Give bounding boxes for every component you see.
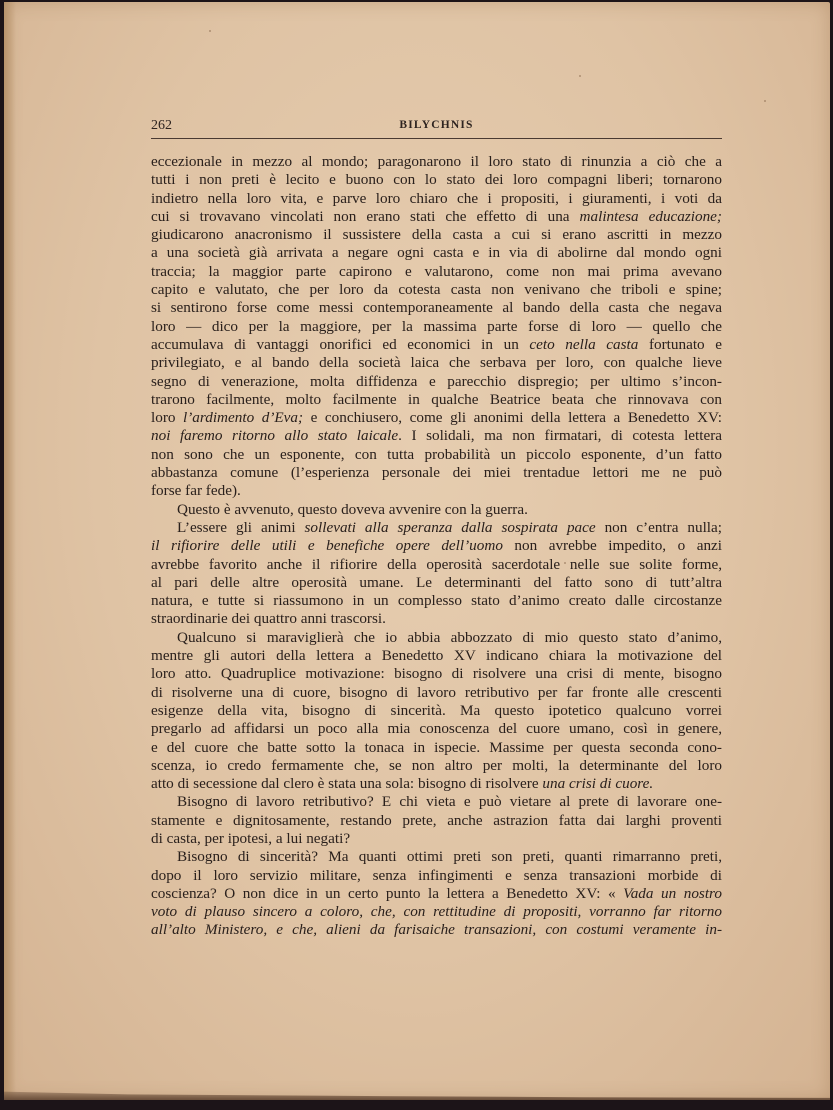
text-line: L’essere gli animi sollevati alla speran… (151, 519, 722, 537)
text-segment: dopo il loro servizio militare, senza in… (151, 867, 722, 884)
text-line: di casta, per ipotesi, a lui negati? (151, 830, 722, 848)
text-line: straordinarie dei quattro anni trascorsi… (151, 610, 722, 628)
text-segment: segno di venerazione, molta diffidenza e… (151, 373, 722, 390)
text-line: mentre gli autori della lettera a Benede… (151, 647, 722, 665)
text-segment: abbastanza comune (l’esperienza personal… (151, 464, 722, 481)
text-segment: si sentirono forse come messi contempora… (151, 299, 722, 316)
paper-speck (579, 75, 581, 77)
text-line: eccezionale in mezzo al mondo; paragonar… (151, 153, 722, 171)
text-segment: mentre gli autori della lettera a Benede… (151, 647, 722, 664)
text-segment: non avrebbe impedito, o anzi (503, 537, 722, 554)
text-segment: Questo è avvenuto, questo doveva avvenir… (177, 501, 528, 518)
text-line: privilegiato, e al bando della società l… (151, 354, 722, 372)
text-segment: giudicarono anacronismo il sussistere de… (151, 226, 722, 243)
text-segment: atto di secessione dal clero è stata una… (151, 775, 542, 792)
text-segment: pregarlo ad affidarsi un poco alla mia c… (151, 720, 722, 737)
text-segment: forse far fede). (151, 482, 241, 499)
text-line: tutti i non preti è lecito e buono con l… (151, 171, 722, 189)
text-line: non sono che un esponente, con tutta pro… (151, 446, 722, 464)
text-line: il rifiorire delle utili e benefiche ope… (151, 537, 722, 555)
text-segment: stamente e dignitosamente, restando pret… (151, 812, 722, 829)
italic-text: ceto nella casta (529, 336, 638, 353)
text-line: forse far fede). (151, 482, 722, 500)
text-line: natura, e tutte si riassumono in un comp… (151, 592, 722, 610)
text-segment: L’essere gli animi (177, 519, 305, 536)
text-line: capito e valutato, che per loro da cotes… (151, 281, 722, 299)
text-segment: loro — dico per la maggiore, per la mass… (151, 318, 722, 335)
text-line: voto di plauso sincero a coloro, che, co… (151, 903, 722, 921)
text-line: loro l’ardimento d’Eva; e conchiusero, c… (151, 409, 722, 427)
text-line: trarono facilmente, molto facilmente in … (151, 391, 722, 409)
italic-text: voto di plauso sincero a coloro, che, co… (151, 903, 722, 920)
text-segment: cui si trovavano vincolati non erano sta… (151, 208, 580, 225)
text-line: segno di venerazione, molta diffidenza e… (151, 373, 722, 391)
italic-text: una crisi di cuore. (542, 775, 653, 792)
text-segment: scenza, io credo fermamente che, se non … (151, 757, 722, 774)
text-segment: Bisogno di lavoro retributivo? E chi vie… (177, 793, 722, 810)
text-segment: non sono che un esponente, con tutta pro… (151, 446, 722, 463)
text-line: cui si trovavano vincolati non erano sta… (151, 208, 722, 226)
text-line: esigenze della vita, bisogno di sincerit… (151, 702, 722, 720)
body-text: eccezionale in mezzo al mondo; paragonar… (151, 153, 722, 940)
text-segment: privilegiato, e al bando della società l… (151, 354, 722, 371)
text-segment: non c’entra nulla; (596, 519, 722, 536)
text-line: Bisogno di sincerità? Ma quanti ottimi p… (151, 848, 722, 866)
text-segment: loro (151, 409, 183, 426)
text-line: avrebbe favorito anche il rifiorire dell… (151, 556, 722, 574)
text-segment: e conchiusero, come gli anonimi della le… (303, 409, 722, 426)
text-segment: Qualcuno si maraviglierà che io abbia ab… (177, 629, 722, 646)
text-segment: coscienza? O non dice in un certo punto … (151, 885, 623, 902)
running-header: 262 BILYCHNIS (151, 116, 722, 139)
text-line: e del cuore che batte sotto la tonaca in… (151, 739, 722, 757)
text-segment: di casta, per ipotesi, a lui negati? (151, 830, 350, 847)
text-segment: straordinarie dei quattro anni trascorsi… (151, 610, 386, 627)
text-segment: loro atto. Quadruplice motivazione: biso… (151, 665, 722, 682)
text-line: si sentirono forse come messi contempora… (151, 299, 722, 317)
running-title: BILYCHNIS (151, 119, 722, 131)
text-segment: esigenze della vita, bisogno di sincerit… (151, 702, 722, 719)
text-line: accumulava di vantaggi onorifici ed econ… (151, 336, 722, 354)
text-segment: tutti i non preti è lecito e buono con l… (151, 171, 722, 188)
text-segment: fortunato e (638, 336, 722, 353)
text-segment: . I solidali, ma non firmatari, di cotes… (398, 427, 722, 444)
text-line: scenza, io credo fermamente che, se non … (151, 757, 722, 775)
text-line: al pari delle altre operosità umane. Le … (151, 574, 722, 592)
text-line: dopo il loro servizio militare, senza in… (151, 867, 722, 885)
text-line: all’alto Ministero, e che, alieni da far… (151, 921, 722, 939)
text-segment: al pari delle altre operosità umane. Le … (151, 574, 722, 591)
text-line: di risolverne una di cuore, bisogno di l… (151, 684, 722, 702)
text-segment: traccia; la maggior parte capirono e val… (151, 263, 722, 280)
text-line: giudicarono anacronismo il sussistere de… (151, 226, 722, 244)
text-segment: Bisogno di sincerità? Ma quanti ottimi p… (177, 848, 722, 865)
paper-speck (209, 30, 211, 32)
italic-text: noi faremo ritorno allo stato laicale (151, 427, 398, 444)
text-segment: eccezionale in mezzo al mondo; paragonar… (151, 153, 722, 170)
text-line: a una società già arrivata a negare ogni… (151, 244, 722, 262)
text-line: Bisogno di lavoro retributivo? E chi vie… (151, 793, 722, 811)
italic-text: all’alto Ministero, e che, alieni da far… (151, 921, 722, 938)
italic-text: l’ardimento d’Eva; (183, 409, 303, 426)
text-segment: accumulava di vantaggi onorifici ed econ… (151, 336, 529, 353)
text-segment: indietro nella loro vita, e parve loro c… (151, 190, 722, 207)
italic-text: sollevati alla speranza dalla sospirata … (305, 519, 596, 536)
text-line: loro atto. Quadruplice motivazione: biso… (151, 665, 722, 683)
text-segment: di risolverne una di cuore, bisogno di l… (151, 684, 722, 701)
text-line: coscienza? O non dice in un certo punto … (151, 885, 722, 903)
text-segment: avrebbe favorito anche il rifiorire dell… (151, 556, 722, 573)
italic-text: malintesa educazione; (580, 208, 722, 225)
italic-text: il rifiorire delle utili e benefiche ope… (151, 537, 503, 554)
text-line: Qualcuno si maraviglierà che io abbia ab… (151, 629, 722, 647)
italic-text: Vada un nostro (623, 885, 722, 902)
text-line: loro — dico per la maggiore, per la mass… (151, 318, 722, 336)
text-line: stamente e dignitosamente, restando pret… (151, 812, 722, 830)
text-line: atto di secessione dal clero è stata una… (151, 775, 722, 793)
paper-speck (764, 100, 766, 102)
text-line: Questo è avvenuto, questo doveva avvenir… (151, 501, 722, 519)
text-segment: e del cuore che batte sotto la tonaca in… (151, 739, 722, 756)
text-line: pregarlo ad affidarsi un poco alla mia c… (151, 720, 722, 738)
text-segment: trarono facilmente, molto facilmente in … (151, 391, 722, 408)
text-segment: capito e valutato, che per loro da cotes… (151, 281, 722, 298)
text-line: abbastanza comune (l’esperienza personal… (151, 464, 722, 482)
text-line: noi faremo ritorno allo stato laicale. I… (151, 427, 722, 445)
text-line: indietro nella loro vita, e parve loro c… (151, 190, 722, 208)
text-line: traccia; la maggior parte capirono e val… (151, 263, 722, 281)
text-segment: a una società già arrivata a negare ogni… (151, 244, 722, 261)
text-segment: natura, e tutte si riassumono in un comp… (151, 592, 722, 609)
